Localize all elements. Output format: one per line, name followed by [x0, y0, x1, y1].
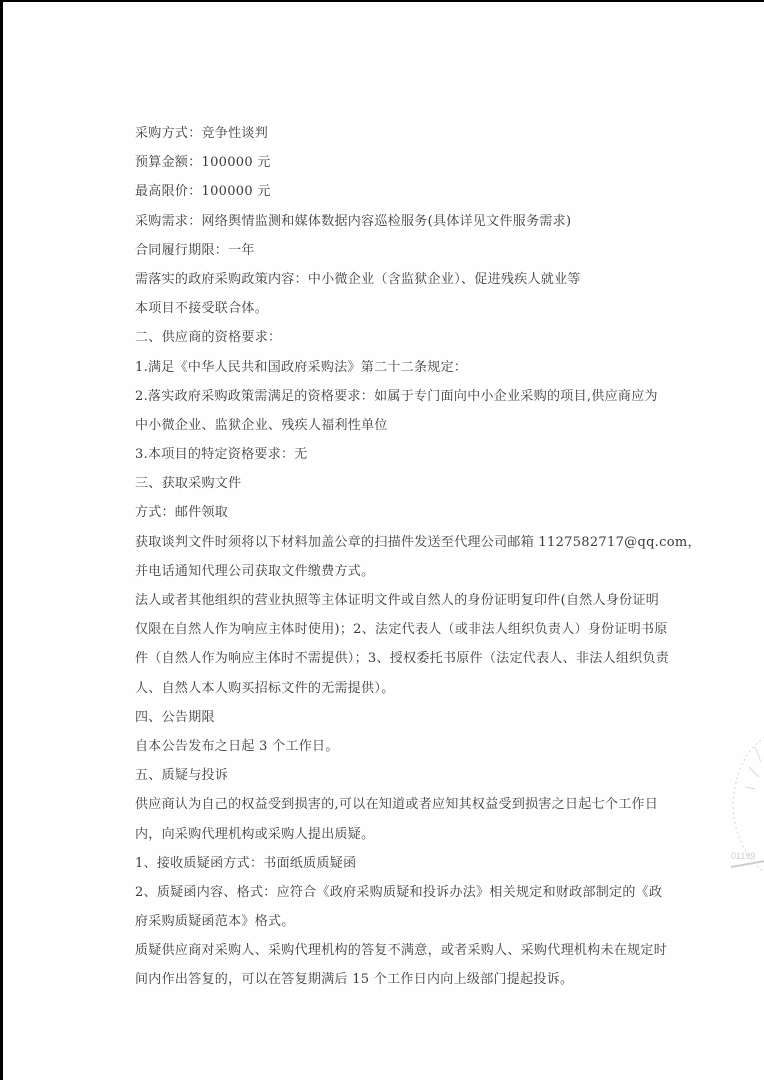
document-body: 采购方式：竞争性谈判 预算金额：100000 元 最高限价：100000 元 采… — [135, 123, 655, 999]
section-heading-challenge-complaint: 五、质疑与投诉 — [135, 765, 655, 794]
challenge-letter-method: 1、接收质疑函方式：书面纸质质疑函 — [135, 853, 655, 882]
partial-seal-stamp-icon: 01199 — [725, 727, 764, 887]
procurement-requirement: 采购需求：网络舆情监测和媒体数据内容巡检服务(具体详见文件服务需求) — [135, 211, 655, 240]
obtain-instructions: 获取谈判文件时须将以下材料加盖公章的扫描件发送至代理公司邮箱 112758271… — [135, 532, 655, 561]
qualification-item-1: 1.满足《中华人民共和国政府采购法》第二十二条规定： — [135, 357, 655, 386]
svg-text:01199: 01199 — [731, 851, 755, 861]
obtain-instructions-cont: 并电话通知代理公司获取文件缴费方式。 — [135, 561, 655, 590]
materials-list-line-3: 件（自然人作为响应主体时不需提供）；3、授权委托书原件（法定代表人、非法人组织负… — [135, 648, 655, 677]
section-heading-qualifications: 二、供应商的资格要求： — [135, 327, 655, 356]
notice-period: 自本公告发布之日起 3 个工作日。 — [135, 736, 655, 765]
challenge-letter-format-cont: 府采购质疑函范本》格式。 — [135, 911, 655, 940]
materials-list-line-1: 法人或者其他组织的营业执照等主体证明文件或自然人的身份证明复印件(自然人身份证明 — [135, 590, 655, 619]
section-heading-notice-period: 四、公告期限 — [135, 707, 655, 736]
section-heading-obtain-documents: 三、获取采购文件 — [135, 473, 655, 502]
materials-list-line-4: 人、自然人本人购买招标文件的无需提供）。 — [135, 678, 655, 707]
procurement-method: 采购方式：竞争性谈判 — [135, 123, 655, 152]
contract-period: 合同履行期限：一年 — [135, 240, 655, 269]
complaint-rights-cont: 间内作出答复的，可以在答复期满后 15 个工作日内向上级部门提起投诉。 — [135, 969, 655, 998]
qualification-item-2: 2.落实政府采购政策需满足的资格要求：如属于专门面向中小企业采购的项目,供应商应… — [135, 386, 655, 415]
policy-content: 需落实的政府采购政策内容：中小微企业（含监狱企业）、促进残疾人就业等 — [135, 269, 655, 298]
obtain-method: 方式：邮件领取 — [135, 502, 655, 531]
qualification-item-3: 3.本项目的特定资格要求：无 — [135, 444, 655, 473]
challenge-letter-format: 2、质疑函内容、格式：应符合《政府采购质疑和投诉办法》相关规定和财政部制定的《政 — [135, 882, 655, 911]
challenge-rights: 供应商认为自己的权益受到损害的,可以在知道或者应知其权益受到损害之日起七个工作日 — [135, 794, 655, 823]
document-page: 采购方式：竞争性谈判 预算金额：100000 元 最高限价：100000 元 采… — [3, 2, 764, 1080]
budget-amount: 预算金额：100000 元 — [135, 152, 655, 181]
materials-list-line-2: 仅限在自然人作为响应主体时使用)；2、法定代表人（或非法人组织负责人）身份证明书… — [135, 619, 655, 648]
max-price: 最高限价：100000 元 — [135, 181, 655, 210]
challenge-rights-cont: 内，向采购代理机构或采购人提出质疑。 — [135, 824, 655, 853]
complaint-rights: 质疑供应商对采购人、采购代理机构的答复不满意，或者采购人、采购代理机构未在规定时 — [135, 940, 655, 969]
qualification-item-2-cont: 中小微企业、监狱企业、残疾人福利性单位 — [135, 415, 655, 444]
no-consortium-note: 本项目不接受联合体。 — [135, 298, 655, 327]
